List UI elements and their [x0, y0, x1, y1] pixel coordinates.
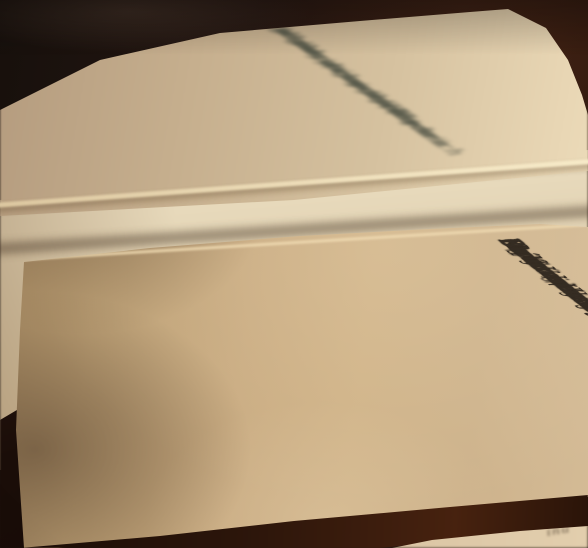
handwriting-line: do tamtych dni jasnych	[522, 2, 588, 130]
handwriting-line: Bej zawsze dola moja jsi luba!...	[486, 236, 588, 426]
handwriting-line: lekko jak ptaki w niebo	[522, 2, 588, 133]
handwriting-line: i znowu wracam myślą	[522, 2, 588, 128]
handwriting-line: mówią mi o tobie	[522, 2, 588, 100]
handwriting-line: liter na papierze	[522, 2, 588, 96]
handwriting-line: a dziś tylko cienie	[522, 2, 588, 105]
handwriting-line: jak dawniej trwała	[260, 24, 433, 127]
photo-stage: w ciszy nocnej list ten pisany ręką drżą…	[0, 0, 588, 548]
handwriting-line: kiedy słowa płynęły	[522, 2, 588, 111]
handwriting-line: cicho i z oddali	[522, 2, 588, 91]
